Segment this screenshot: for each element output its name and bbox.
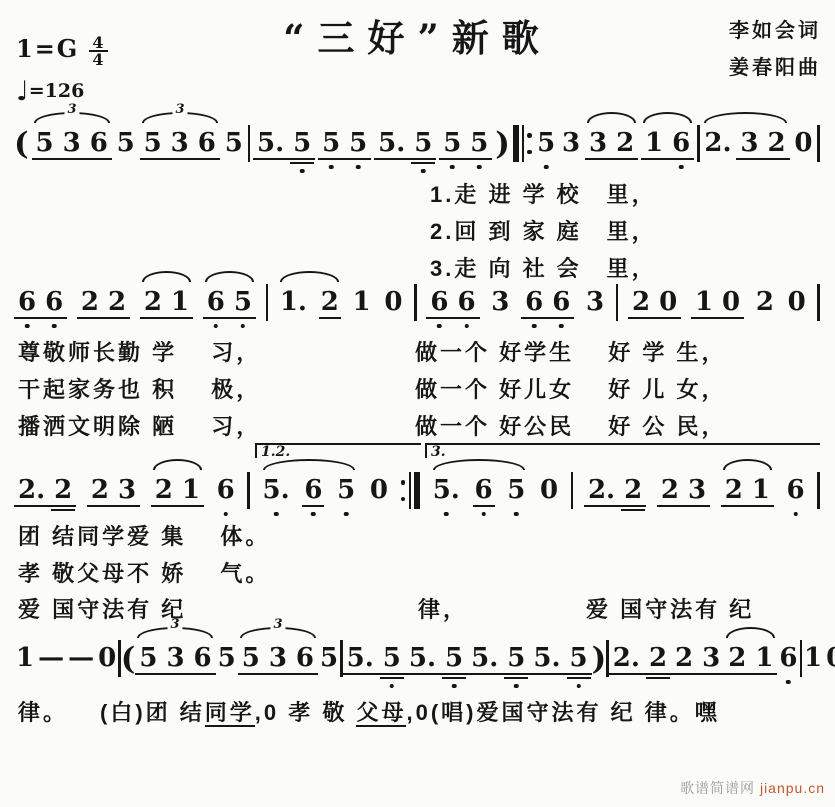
beam-group: 21 (151, 475, 204, 507)
note: 1 (754, 643, 774, 673)
octave-dot (514, 684, 519, 689)
note: 3 (165, 643, 185, 673)
beam-group: 66 (521, 287, 574, 319)
triplet-arc: 3 (240, 627, 316, 638)
lyric-row: 做一个 好学生 好 学 生， (415, 340, 726, 366)
verse-1-lyric: 1.走 进 学 校 里， (430, 182, 657, 208)
slur-arc (263, 459, 355, 470)
barline-single (248, 125, 251, 162)
barline-single (697, 125, 700, 162)
note: 2 (754, 287, 776, 317)
note: 6 (295, 643, 315, 673)
note: 6 (473, 475, 495, 507)
slur-arc (704, 112, 787, 123)
note: 6 (44, 287, 64, 317)
slur-arc (643, 112, 692, 123)
octave-dot (241, 324, 246, 329)
note: 5 (569, 643, 589, 673)
note: 0 (658, 287, 678, 317)
lyricist-credit: 李如会词 (729, 12, 821, 49)
note: 3 (489, 287, 511, 317)
barline-single (571, 472, 574, 509)
slur-arc (726, 627, 775, 638)
note: 5 (241, 643, 261, 673)
note: 2 (154, 475, 174, 505)
note: 5 (382, 643, 402, 673)
octave-dot (437, 324, 442, 329)
note: 6 (206, 287, 226, 317)
note: 5 (444, 643, 464, 673)
note: 2 (724, 475, 744, 505)
slur-arc (153, 459, 202, 470)
note: 5 (216, 643, 238, 673)
beam-group: 66 (14, 287, 67, 319)
slur-arc (587, 112, 636, 123)
octave-dot (311, 512, 316, 517)
watermark-site-name: 歌谱简谱网 (680, 780, 760, 796)
lyric-row: 团 结同学爱 集 体。 (18, 524, 270, 550)
note: 5. (377, 128, 406, 158)
song-title: “三好”新歌 (0, 8, 835, 62)
note: 2 (648, 643, 668, 673)
octave-dot (481, 512, 486, 517)
lyric-row: 播洒文明除 陋 习， (18, 414, 261, 440)
music-line-3: 2.2232165.6505.6502.2232161.2.3. (14, 441, 820, 509)
note: 3 (170, 128, 190, 158)
triplet-number: 3 (270, 619, 285, 631)
volta-label: 1.2. (261, 445, 290, 459)
note: 5 (292, 128, 312, 158)
note: 3 (584, 287, 606, 317)
beam-group: 536 (238, 643, 318, 675)
volta-bracket: 3. (425, 443, 820, 458)
note: 3 (739, 128, 759, 158)
beam-group: 5.5 (529, 643, 591, 675)
note: 3 (117, 475, 137, 505)
beam-group: 10 (691, 287, 744, 319)
note: 0 (721, 287, 741, 317)
note: 0 (792, 128, 814, 158)
beam-group: 32 (736, 128, 789, 160)
slur-arc (142, 271, 191, 282)
sheet-music-page: 1=G44 ♩=126 “三好”新歌 李如会词 姜春阳曲 (536553655.… (0, 0, 835, 807)
beam-group: 22 (77, 287, 130, 319)
note: 6 (215, 475, 237, 505)
note: 6 (785, 475, 807, 505)
lyric-row: 孝 敬父母不 娇 气。 (18, 561, 270, 587)
note: 0 (786, 287, 808, 317)
note: 5 (318, 643, 340, 673)
octave-dot (477, 165, 482, 170)
note: 1 (751, 475, 771, 505)
barline-single (817, 284, 820, 321)
note: 6 (17, 287, 37, 317)
note: 5 (223, 128, 245, 158)
note: 1 (14, 643, 36, 673)
beam-group: 55 (318, 128, 371, 160)
note: 2. (702, 128, 733, 158)
music-line-4: 1——0(536553655.55.55.55.5)2.22321610X033 (14, 621, 820, 677)
volta-bracket: 1.2. (255, 443, 421, 458)
note: 2 (766, 128, 786, 158)
octave-dot (532, 324, 537, 329)
note: 5 (115, 128, 137, 158)
verse-2-lyric: 2.回 到 家 庭 里， (430, 219, 657, 245)
octave-dot (452, 684, 457, 689)
note: 6 (671, 128, 691, 158)
note: 5 (469, 128, 489, 158)
beam-group: 2.2 (584, 475, 646, 507)
note: 5 (348, 128, 368, 158)
note: 3 (268, 643, 288, 673)
lyric-row: 律。 (18, 700, 68, 726)
octave-dot (223, 512, 228, 517)
note: 0 (538, 475, 560, 505)
music-line-1: (536553655.5555.555)5332162.32033 (14, 106, 820, 162)
note: 3 (560, 128, 582, 158)
beam-group: 5.5 (343, 643, 405, 675)
parenthesis: ) (592, 643, 607, 675)
lyric-row: 干起家务也 积 极， (18, 377, 261, 403)
octave-dot (559, 324, 564, 329)
note: 2 (660, 475, 680, 505)
note: 5 (413, 128, 433, 158)
note: 2 (623, 475, 643, 505)
octave-dot (450, 165, 455, 170)
note: 5. (431, 475, 462, 505)
note: 1 (694, 287, 714, 317)
note: 2 (727, 643, 747, 673)
beam-group: 21 (724, 643, 777, 675)
note: — (36, 643, 66, 673)
barline-rend (401, 472, 421, 509)
lyric-segment: ,0(唱)爱国守法有 纪 律。嘿 (406, 700, 719, 725)
note: 3 (62, 128, 82, 158)
octave-dot (390, 684, 395, 689)
barline-single (266, 284, 269, 321)
note: 6 (89, 128, 109, 158)
note: 5 (138, 643, 158, 673)
beam-group: 16 (641, 128, 694, 160)
note: 1. (278, 287, 309, 317)
beam-group: 23 (657, 475, 710, 507)
octave-dot (274, 512, 279, 517)
triplet-number: 3 (172, 104, 187, 116)
octave-dot (544, 165, 549, 170)
lyric-row: 做一个 好公民 好 公 民， (415, 414, 726, 440)
beam-group: 23 (87, 475, 140, 507)
octave-dot (52, 324, 57, 329)
beam-group: 66 (426, 287, 479, 319)
note: 2 (631, 287, 651, 317)
slur-arc (723, 459, 772, 470)
note: 5 (535, 128, 557, 158)
barline-single (616, 284, 619, 321)
triplet-arc: 3 (34, 112, 110, 123)
triplet-number: 3 (64, 104, 79, 116)
note: 2 (80, 287, 100, 317)
lyric-segment: (白)团 结 (100, 700, 205, 725)
barline-single (414, 284, 417, 321)
note: 6 (429, 287, 449, 317)
watermark-domain: jianpu.cn (760, 780, 825, 796)
octave-dot (329, 165, 334, 170)
note: 2 (674, 643, 694, 673)
note: 0 (368, 475, 390, 505)
octave-dot (793, 512, 798, 517)
octave-dot (356, 165, 361, 170)
note: — (66, 643, 96, 673)
octave-dot (786, 680, 791, 685)
note: 5 (233, 287, 253, 317)
note: 2. (612, 643, 641, 673)
beam-group: 23 (671, 643, 724, 675)
slur-arc (433, 459, 525, 470)
note: 6 (193, 643, 213, 673)
octave-dot (300, 169, 305, 174)
music-line-2: 662221651.210663663201020 (14, 265, 820, 321)
note: 2 (53, 475, 73, 505)
lyric-row: 爱 国守法有 纪 (586, 597, 754, 623)
lyric-row: 做一个 好儿女 好 儿 女， (415, 377, 726, 403)
underlined-lyric-segment: 父母 (356, 700, 406, 727)
lyric-row: 尊敬师长勤 学 习， (18, 340, 261, 366)
note: 0 (96, 643, 118, 673)
beam-group: 536 (32, 128, 112, 160)
slur-arc (280, 271, 339, 282)
barline-single (247, 472, 250, 509)
parenthesis: ( (14, 128, 29, 160)
beam-group: 21 (140, 287, 193, 319)
beam-group: 2.2 (609, 643, 671, 675)
note: 6 (302, 475, 324, 507)
beam-group: 5.5 (253, 128, 315, 160)
note: 2. (587, 475, 616, 505)
lyric-row-speech: (白)团 结同学,0 孝 敬 父母,0(唱)爱国守法有 纪 律。嘿 (100, 700, 720, 726)
note: 0 (824, 643, 835, 673)
note: 6 (551, 287, 571, 317)
barline-rstart (513, 125, 533, 162)
note: 1 (181, 475, 201, 505)
beam-group: 2.2 (14, 475, 76, 507)
octave-dot (514, 512, 519, 517)
note: 5. (408, 643, 437, 673)
tempo-value: =126 (29, 80, 85, 102)
note: 1 (351, 287, 373, 317)
note: 1 (170, 287, 190, 317)
octave-dot (421, 169, 426, 174)
octave-dot (25, 324, 30, 329)
note: 5 (143, 128, 163, 158)
note: 2 (615, 128, 635, 158)
note: 2 (107, 287, 127, 317)
note: 5 (505, 475, 527, 505)
watermark: 歌谱简谱网 jianpu.cn (680, 778, 825, 798)
note: 6 (456, 287, 476, 317)
note: 6 (197, 128, 217, 158)
volta-label: 3. (431, 445, 446, 459)
parenthesis: ( (121, 643, 136, 675)
note: 3 (687, 475, 707, 505)
beam-group: 5.5 (467, 643, 529, 675)
credits: 李如会词 姜春阳曲 (729, 12, 821, 86)
note: 2. (17, 475, 46, 505)
note: 1 (644, 128, 664, 158)
note: 5. (261, 475, 292, 505)
note: 3 (701, 643, 721, 673)
verse-3-lyric: 3.走 向 社 会 里， (430, 256, 657, 282)
note: 5. (346, 643, 375, 673)
underlined-lyric-segment: 同学 (205, 700, 255, 727)
beam-group: 32 (585, 128, 638, 160)
note: 5 (321, 128, 341, 158)
triplet-arc: 3 (142, 112, 218, 123)
beam-group: 536 (140, 128, 220, 160)
note: 5. (470, 643, 499, 673)
quarter-note-icon: ♩ (16, 76, 29, 107)
beam-group: 5.5 (405, 643, 467, 675)
lyric-row: 律， (418, 597, 468, 623)
note: 5 (335, 475, 357, 505)
octave-dot (444, 512, 449, 517)
beam-group: 55 (439, 128, 492, 160)
note: 5. (532, 643, 561, 673)
octave-dot (344, 512, 349, 517)
beam-group: 5.5 (374, 128, 436, 160)
note: 2 (143, 287, 163, 317)
note: 5 (442, 128, 462, 158)
barline-single (817, 472, 820, 509)
triplet-arc: 3 (137, 627, 213, 638)
note: 6 (777, 643, 799, 673)
beam-group: 20 (628, 287, 681, 319)
parenthesis: ) (495, 128, 510, 160)
beam-group: 21 (721, 475, 774, 507)
note: 3 (588, 128, 608, 158)
composer-credit: 姜春阳曲 (729, 49, 821, 86)
note: 0 (382, 287, 404, 317)
slur-arc (205, 271, 254, 282)
lyric-row: 爱 国守法有 纪 (18, 597, 186, 623)
note: 2 (90, 475, 110, 505)
octave-dot (214, 324, 219, 329)
note: 6 (524, 287, 544, 317)
barline-single (817, 125, 820, 162)
note: 5 (35, 128, 55, 158)
note: 2 (319, 287, 341, 319)
octave-dot (464, 324, 469, 329)
beam-group: 65 (203, 287, 256, 319)
octave-dot (576, 684, 581, 689)
note: 1 (802, 643, 824, 673)
lyric-segment: ,0 孝 敬 (255, 700, 357, 725)
octave-dot (679, 165, 684, 170)
note: 5 (506, 643, 526, 673)
note: 5. (256, 128, 285, 158)
beam-group: 536 (135, 643, 215, 675)
